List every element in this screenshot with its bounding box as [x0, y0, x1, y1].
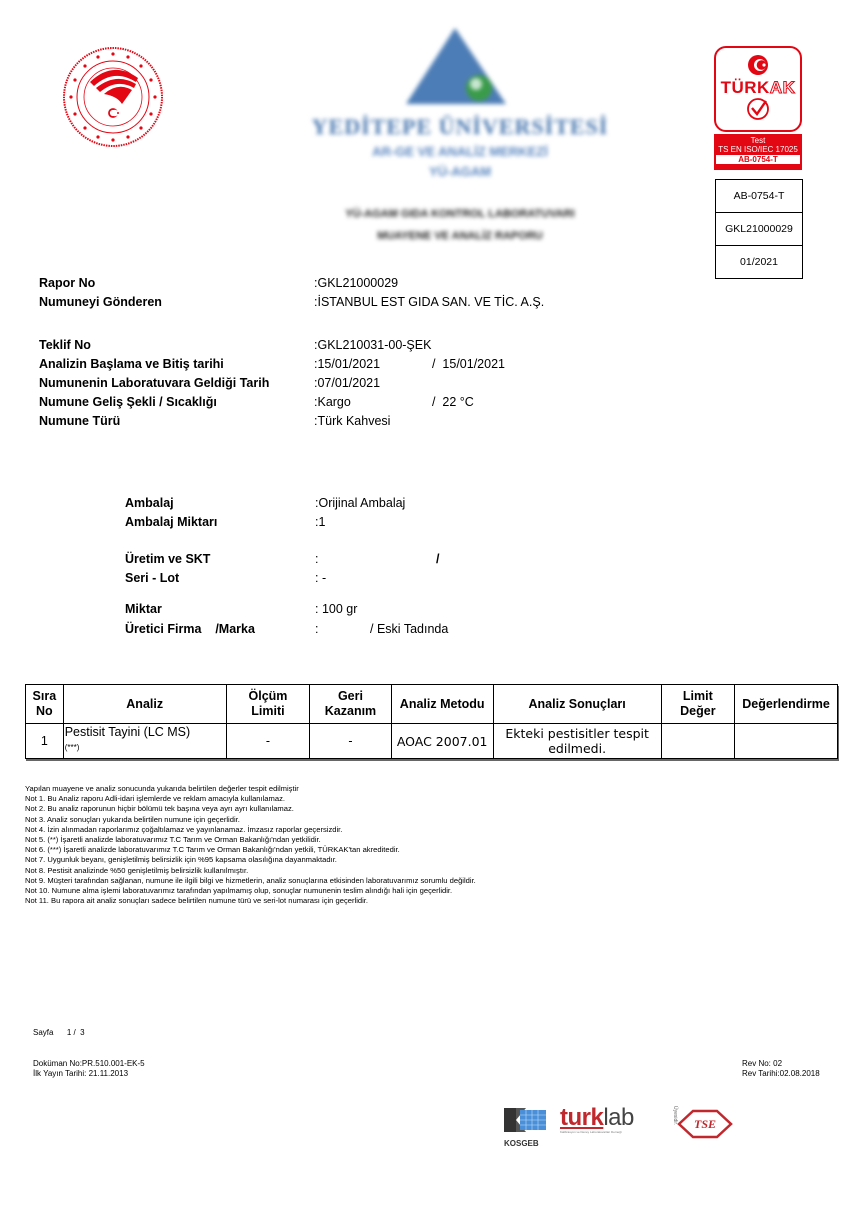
gelis-tarih-text: 07/01/2021 [317, 376, 380, 390]
seri-lot-value: : - [315, 571, 326, 586]
uretici-firma-label: Üretici Firma /Marka [125, 622, 255, 637]
note-intro: Yapılan muayene ve analiz sonucunda yuka… [25, 784, 476, 794]
seri-lot-label: Seri - Lot [125, 571, 179, 586]
ministry-seal-logo [62, 46, 164, 148]
teklif-no-label: Teklif No [39, 338, 91, 353]
gonderen-label: Numuneyi Gönderen [39, 295, 162, 310]
numune-turu-value: :Türk Kahvesi [314, 414, 390, 429]
rev-no: Rev No: 02 [742, 1059, 782, 1070]
marka-text: Eski Tadında [377, 622, 448, 636]
report-title-line2: MUAYENE VE ANALİZ RAPORU [300, 230, 620, 242]
analiz-tarih-end: / 15/01/2021 [432, 357, 505, 372]
gelis-sekli-method: :Kargo [314, 395, 351, 410]
turklab-text-part2: lab [603, 1104, 634, 1131]
notes-section: Yapılan muayene ve analiz sonucunda yuka… [25, 784, 476, 906]
note-2: Not 2. Bu analiz raporunun hiçbir bölümü… [25, 804, 476, 814]
turkak-accreditation-logo: TÜRKAK Test TS EN ISO/IEC 17025 AB-0754-… [714, 46, 802, 170]
marka-value: / Eski Tadında [370, 622, 448, 637]
page-label: Sayfa [33, 1028, 53, 1037]
numune-turu-text: Türk Kahvesi [317, 414, 390, 428]
first-pub-date: İlk Yayın Tarihi: 21.11.2013 [33, 1069, 128, 1080]
col-sira-line2: No [36, 704, 53, 718]
gelis-temp-text: 22 °C [442, 395, 473, 409]
center-name: AR-GE VE ANALİZ MERKEZİ [300, 144, 620, 159]
center-short: YÜ-AGAM [300, 164, 620, 179]
ambalaj-miktari-value: :1 [315, 515, 325, 530]
numune-turu-label: Numune Türü [39, 414, 120, 429]
kosgeb-icon [504, 1108, 548, 1136]
page-current: 1 [67, 1028, 71, 1037]
doc-no: Doküman No:PR.510.001-EK-5 [33, 1059, 145, 1070]
rev-date: Rev Tarihi:02.08.2018 [742, 1069, 820, 1080]
rapor-no-value: :GKL21000029 [314, 276, 398, 291]
report-title-line1: YÜ-AGAM GIDA KONTROL LABORATUVARI [300, 208, 620, 220]
miktar-text: 100 gr [322, 602, 357, 616]
turkak-brand-part2: AK [770, 78, 796, 97]
col-sira-line1: Sıra [33, 689, 57, 703]
miktar-value: : 100 gr [315, 602, 357, 617]
uretim-value: : [315, 552, 318, 567]
note-8: Not 8. Pestisit analizinde %50 genişleti… [25, 866, 476, 876]
gelis-sekli-temp: / 22 °C [432, 395, 474, 410]
turkak-brand-part1: TÜRK [721, 78, 770, 97]
note-1: Not 1. Bu Analiz raporu Adli-idari işlem… [25, 794, 476, 804]
analiz-start-text: 15/01/2021 [317, 357, 380, 371]
kosgeb-text: KOSGEB [504, 1139, 548, 1148]
tse-text: TSE [694, 1117, 716, 1131]
col-metod: Analiz Metodu [391, 685, 493, 724]
note-5: Not 5. (**) İşaretli analizde laboratuva… [25, 835, 476, 845]
page-total: 3 [80, 1028, 84, 1037]
note-7: Not 7. Uygunluk beyanı, genişletilmiş be… [25, 855, 476, 865]
rapor-no-label: Rapor No [39, 276, 95, 291]
cell-sira: 1 [26, 724, 64, 759]
uretici-firma-value: : [315, 622, 318, 637]
tse-logo: TSE [675, 1108, 735, 1140]
cell-degerlendirme [735, 724, 838, 759]
table-header-row: SıraNo Analiz ÖlçümLimiti GeriKazanım An… [26, 685, 838, 724]
miktar-label: Miktar [125, 602, 162, 617]
accreditation-standard: TS EN ISO/IEC 17025 [714, 145, 802, 154]
uretici-label-text: Üretici Firma [125, 622, 201, 636]
analiz-end-text: 15/01/2021 [442, 357, 505, 371]
turklab-subtitle: Kalibrasyon ve Deney Laboratuvarları Der… [560, 1130, 670, 1134]
gelis-sekli-label: Numune Geliş Şekli / Sıcaklığı [39, 395, 217, 410]
col-limit: LimitDeğer [661, 685, 734, 724]
col-olcum: ÖlçümLimiti [226, 685, 310, 724]
note-6: Not 6. (***) İşaretli analizde laboratuv… [25, 845, 476, 855]
teklif-no-value: :GKL210031-00-ŞEK [314, 338, 431, 353]
ambalaj-value: :Orijinal Ambalaj [315, 496, 405, 511]
ambalaj-miktari-label: Ambalaj Miktarı [125, 515, 217, 530]
analiz-tarih-label: Analizin Başlama ve Bitiş tarihi [39, 357, 224, 372]
cell-analiz-text: Pestisit Tayini (LC MS) [65, 725, 191, 739]
accreditation-code: AB-0754-T [716, 155, 800, 164]
skt-value: / [436, 552, 439, 567]
uretim-skt-label: Üretim ve SKT [125, 552, 210, 567]
analiz-tarih-start: :15/01/2021 [314, 357, 380, 372]
gelis-method-text: Kargo [317, 395, 350, 409]
cell-limit [661, 724, 734, 759]
mountain-logo-icon [300, 22, 620, 112]
note-11: Not 11. Bu rapora ait analiz sonuçları s… [25, 896, 476, 906]
col-olcum-line1: Ölçüm [249, 689, 288, 703]
ambalaj-text: Orijinal Ambalaj [318, 496, 405, 510]
col-sonuc: Analiz Sonuçları [493, 685, 661, 724]
note-10: Not 10. Numune alma işlemi laboratuvarım… [25, 886, 476, 896]
rapor-no-text: GKL21000029 [317, 276, 398, 290]
ref-date: 01/2021 [716, 246, 802, 278]
seri-lot-text: - [322, 571, 326, 585]
cell-metod: AOAC 2007.01 [391, 724, 493, 759]
col-limit-line2: Değer [680, 704, 715, 718]
turklab-text-part1: turk [560, 1104, 603, 1131]
university-name: YEDİTEPE ÜNİVERSİTESİ [300, 114, 620, 140]
col-geri: GeriKazanım [310, 685, 392, 724]
ambalaj-label: Ambalaj [125, 496, 174, 511]
ref-report-no: GKL21000029 [716, 213, 802, 246]
col-limit-line1: Limit [683, 689, 713, 703]
teklif-no-text: GKL210031-00-ŞEK [317, 338, 431, 352]
turklab-logo: turklab Kalibrasyon ve Deney Laboratuvar… [560, 1104, 670, 1144]
tse-icon: TSE [675, 1108, 735, 1140]
ref-accreditation-no: AB-0754-T [716, 180, 802, 213]
gonderen-text: İSTANBUL EST GIDA SAN. VE TİC. A.Ş. [317, 295, 544, 309]
footer-logos: KOSGEB turklab Kalibrasyon ve Deney Labo… [500, 1096, 800, 1148]
ministry-seal-icon [62, 46, 164, 148]
accreditation-type: Test [714, 134, 802, 145]
results-table: SıraNo Analiz ÖlçümLimiti GeriKazanım An… [25, 684, 838, 759]
col-analiz: Analiz [63, 685, 226, 724]
col-geri-line2: Kazanım [325, 704, 376, 718]
col-geri-line1: Geri [338, 689, 363, 703]
col-sira: SıraNo [26, 685, 64, 724]
cell-analiz: Pestisit Tayini (LC MS) (***) [63, 724, 226, 759]
cell-sonuc: Ekteki pestisitler tespit edilmedi. [493, 724, 661, 759]
university-logo: YEDİTEPE ÜNİVERSİTESİ AR-GE VE ANALİZ ME… [300, 22, 620, 262]
gelis-tarih-value: :07/01/2021 [314, 376, 380, 391]
table-row: 1 Pestisit Tayini (LC MS) (***) - - AOAC… [26, 724, 838, 759]
gelis-tarih-label: Numunenin Laboratuvara Geldiği Tarih [39, 376, 269, 391]
note-3: Not 3. Analiz sonuçları yukarıda belirti… [25, 815, 476, 825]
gonderen-value: :İSTANBUL EST GIDA SAN. VE TİC. A.Ş. [314, 295, 544, 310]
page-indicator: Sayfa 1 / 3 [33, 1028, 85, 1039]
reference-box: AB-0754-T GKL21000029 01/2021 [715, 179, 803, 279]
note-4: Not 4. İzin alınmadan raporlarımız çoğal… [25, 825, 476, 835]
note-9: Not 9. Müşteri tarafından sağlanan, numu… [25, 876, 476, 886]
kosgeb-logo: KOSGEB [504, 1108, 548, 1146]
cell-analiz-mark: (***) [65, 743, 80, 752]
marka-label-text: /Marka [215, 622, 255, 636]
col-degerlendirme: Değerlendirme [735, 685, 838, 724]
cell-geri: - [310, 724, 392, 759]
ambalaj-miktari-text: 1 [318, 515, 325, 529]
cell-olcum: - [226, 724, 310, 759]
col-olcum-line2: Limiti [251, 704, 284, 718]
